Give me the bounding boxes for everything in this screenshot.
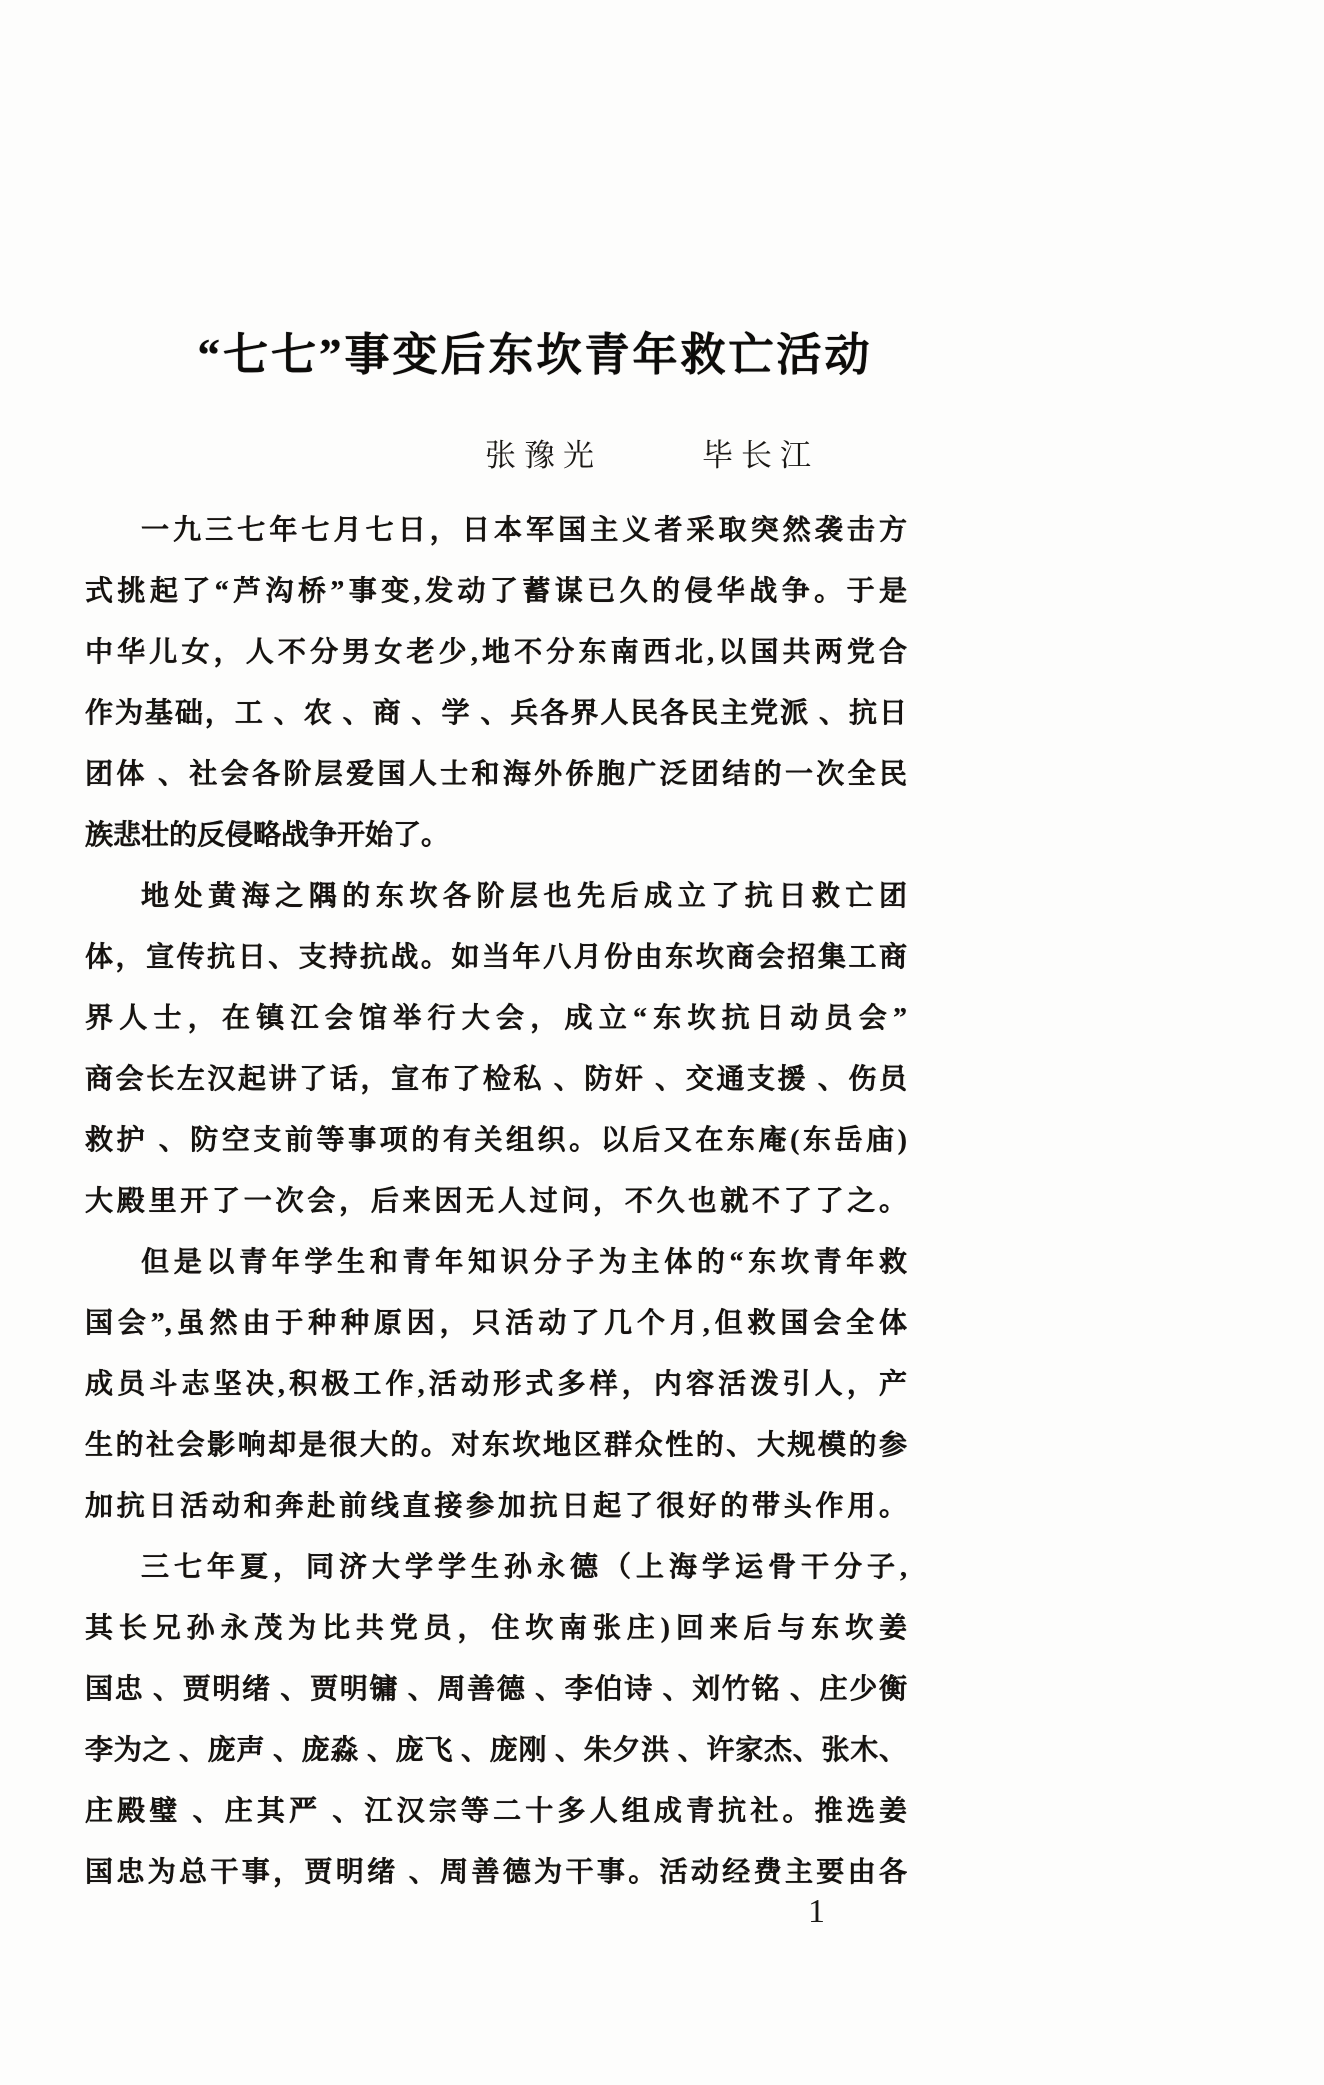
text-line: 作为基础，工 、农 、商 、学 、兵各界人民各民主党派 、抗日 [85, 683, 907, 744]
text-line: 成员斗志坚决,积极工作,活动形式多样，内容活泼引人，产 [85, 1354, 907, 1415]
text-line: 式挑起了“芦沟桥”事变,发动了蓄谋已久的侵华战争。于是 [85, 561, 907, 622]
author-line: 张豫光 毕长江 [485, 430, 819, 475]
text-line: 大殿里开了一次会，后来因无人过问，不久也就不了了之。 [85, 1171, 907, 1232]
text-line: 团体 、社会各阶层爱国人士和海外侨胞广泛团结的一次全民 [85, 744, 907, 805]
text-line: 庄殿璧 、庄其严 、江汉宗等二十多人组成青抗社。推选姜 [85, 1781, 907, 1842]
text-line: 体，宣传抗日、支持抗战。如当年八月份由东坎商会招集工商 [85, 927, 907, 988]
text-line: 一九三七年七月七日，日本军国主义者采取突然袭击方 [85, 500, 907, 561]
author-name-2: 毕长江 [702, 430, 819, 475]
text-line: 但是以青年学生和青年知识分子为主体的“东坎青年救 [85, 1232, 907, 1293]
text-line: 商会长左汉起讲了话，宣布了检私 、防奸 、交通支援 、伤员 [85, 1049, 907, 1110]
text-line: 国忠为总干事，贾明绪 、周善德为干事。活动经费主要由各 [85, 1842, 907, 1903]
text-line: 国会”,虽然由于种种原因，只活动了几个月,但救国会全体 [85, 1293, 907, 1354]
text-line: 加抗日活动和奔赴前线直接参加抗日起了很好的带头作用。 [85, 1476, 907, 1537]
text-line: 界人士，在镇江会馆举行大会，成立“东坎抗日动员会” [85, 988, 907, 1049]
paragraph: 但是以青年学生和青年知识分子为主体的“东坎青年救国会”,虽然由于种种原因，只活动… [85, 1232, 907, 1537]
page-number: 1 [808, 1893, 825, 1931]
text-line: 生的社会影响却是很大的。对东坎地区群众性的、大规模的参 [85, 1415, 907, 1476]
text-line: 李为之 、庞声 、庞淼 、庞飞 、庞刚 、朱夕洪 、许家杰、张木、 [85, 1720, 907, 1781]
scanned-page: “七七”事变后东坎青年救亡活动 张豫光 毕长江 一九三七年七月七日，日本军国主义… [0, 0, 1324, 2085]
text-line: 救护 、防空支前等事项的有关组织。以后又在东庵(东岳庙) [85, 1110, 907, 1171]
text-line: 国忠 、贾明绪 、贾明镛 、周善德 、李伯诗 、刘竹铭 、庄少衡 [85, 1659, 907, 1720]
text-line: 地处黄海之隅的东坎各阶层也先后成立了抗日救亡团 [85, 866, 907, 927]
text-line: 族悲壮的反侵略战争开始了。 [85, 805, 907, 866]
paragraph: 地处黄海之隅的东坎各阶层也先后成立了抗日救亡团体，宣传抗日、支持抗战。如当年八月… [85, 866, 907, 1232]
paragraph: 一九三七年七月七日，日本军国主义者采取突然袭击方式挑起了“芦沟桥”事变,发动了蓄… [85, 500, 907, 866]
article-title: “七七”事变后东坎青年救亡活动 [125, 318, 945, 383]
text-line: 其长兄孙永茂为比共党员，住坎南张庄)回来后与东坎姜 [85, 1598, 907, 1659]
text-line: 三七年夏，同济大学学生孙永德（上海学运骨干分子, [85, 1537, 907, 1598]
article-body: 一九三七年七月七日，日本军国主义者采取突然袭击方式挑起了“芦沟桥”事变,发动了蓄… [85, 500, 907, 1903]
author-name-1: 张豫光 [485, 430, 602, 475]
paragraph: 三七年夏，同济大学学生孙永德（上海学运骨干分子,其长兄孙永茂为比共党员，住坎南张… [85, 1537, 907, 1903]
text-line: 中华儿女，人不分男女老少,地不分东南西北,以国共两党合 [85, 622, 907, 683]
